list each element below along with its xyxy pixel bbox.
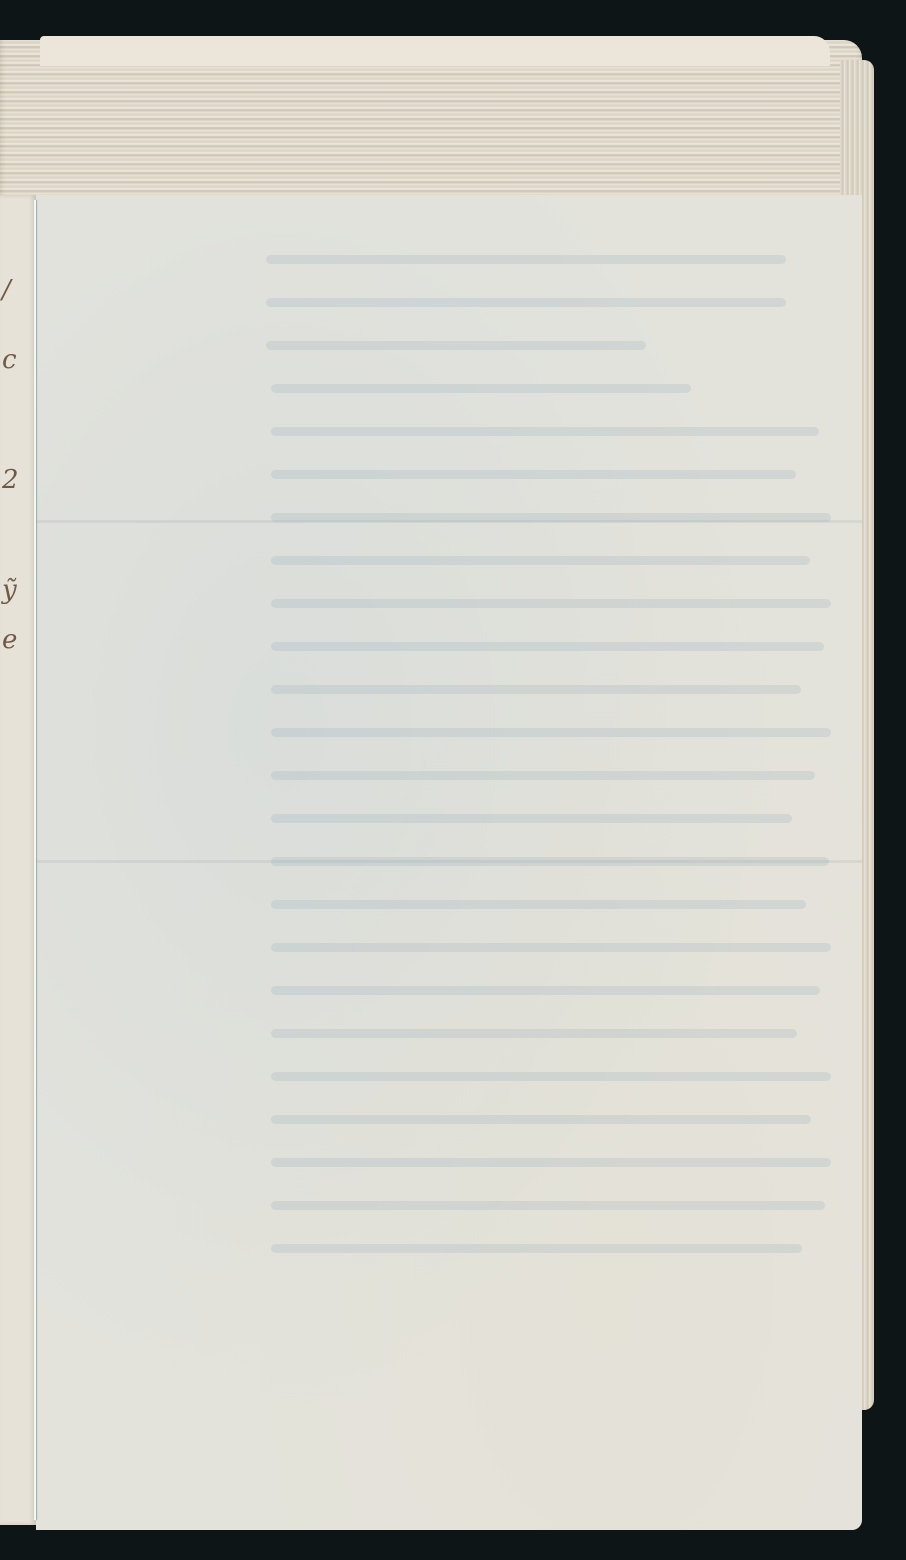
bleed-through-line <box>266 255 786 264</box>
bleed-through-line <box>271 470 796 479</box>
facing-page-glyph: 2 <box>2 465 19 495</box>
bleed-through-line <box>266 341 646 350</box>
bleed-through-line <box>271 814 792 823</box>
bleed-through-line <box>271 1029 797 1038</box>
bleed-through-line <box>271 900 806 909</box>
bleed-through-line <box>271 1201 825 1210</box>
bleed-through-line <box>271 1244 802 1253</box>
facing-page-glyph: ỹ <box>2 575 17 605</box>
bleed-through-line <box>271 685 801 694</box>
facing-page-glyph: / <box>2 275 11 305</box>
bleed-through-line <box>266 298 786 307</box>
facing-page-glyph: c <box>2 345 17 375</box>
bleed-through-line <box>271 599 831 608</box>
manuscript-photo: / c 2 ỹ e <box>0 0 906 1560</box>
bleed-through-line <box>271 642 824 651</box>
bleed-through-line <box>271 943 831 952</box>
bleed-through-line <box>271 427 819 436</box>
bleed-through-line <box>271 556 810 565</box>
bleed-through-line <box>271 986 820 995</box>
bleed-through-line <box>271 384 691 393</box>
top-leaf <box>40 36 830 66</box>
facing-page-sliver: / c 2 ỹ e <box>0 195 36 1525</box>
bleed-through-line <box>271 1115 811 1124</box>
facing-page-glyph: e <box>2 625 17 655</box>
horizontal-fold <box>36 520 862 523</box>
horizontal-fold <box>36 860 862 863</box>
bleed-through-line <box>271 728 831 737</box>
bleed-through-line <box>271 1158 831 1167</box>
bleed-through-line <box>271 1072 831 1081</box>
bleed-through-line <box>271 771 815 780</box>
